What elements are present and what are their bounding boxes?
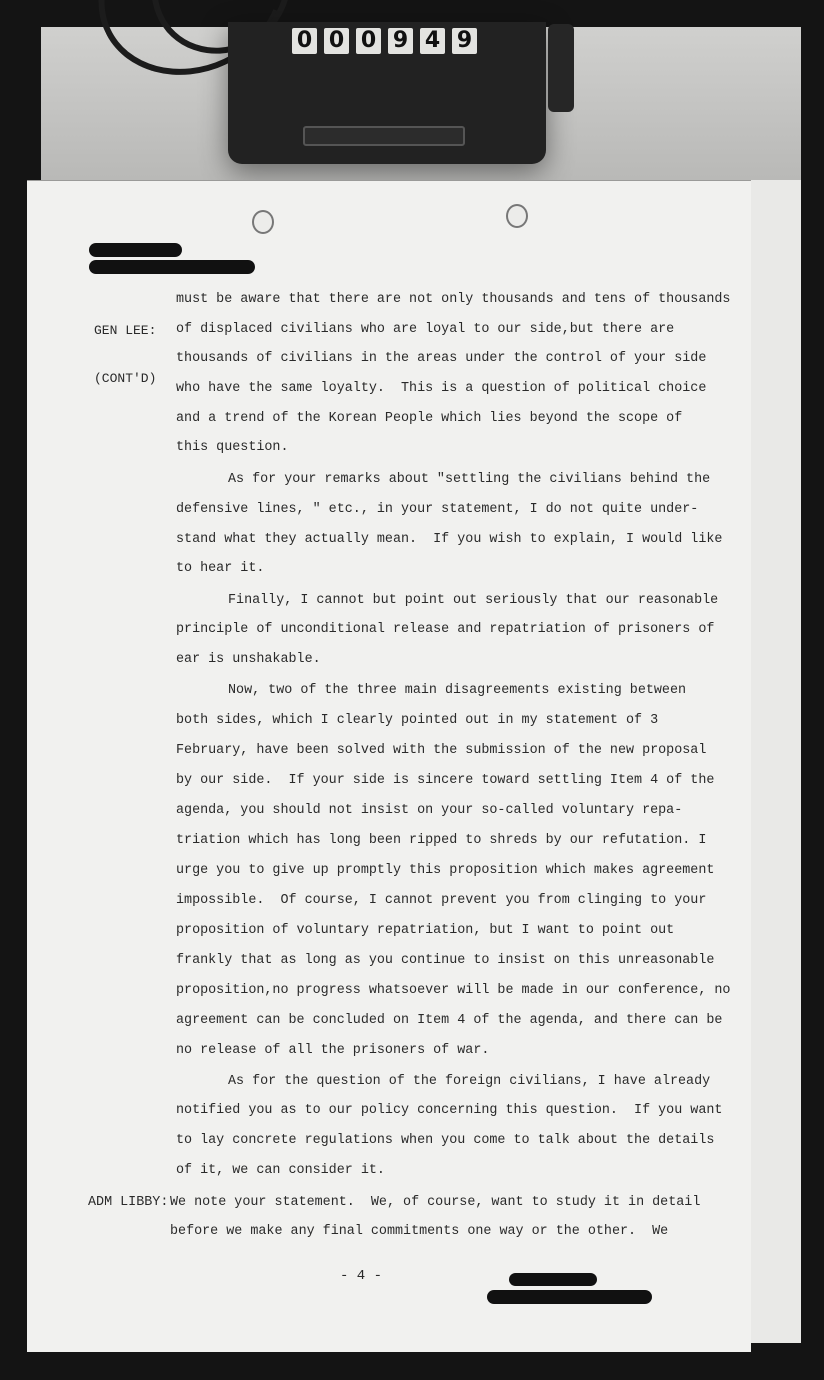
frame-counter-digits: 0 0 0 9 4 9: [292, 28, 477, 54]
text-line: frankly that as long as you continue to …: [176, 951, 714, 971]
text-line: agreement can be concluded on Item 4 of …: [176, 1011, 722, 1031]
microfilm-frame: 0 0 0 9 4 9 GEN LEE: (CONT'D) must be aw…: [0, 0, 824, 1380]
text-line: proposition,no progress whatsoever will …: [176, 981, 730, 1001]
redaction-bar: [89, 243, 182, 257]
text-line: no release of all the prisoners of war.: [176, 1041, 489, 1061]
punch-hole: [506, 204, 528, 228]
counter-digit: 4: [420, 28, 445, 54]
counter-digit: 0: [324, 28, 349, 54]
text-line: before we make any final commitments one…: [170, 1222, 668, 1242]
text-line: triation which has long been ripped to s…: [176, 831, 706, 851]
text-line: who have the same loyalty. This is a que…: [176, 379, 706, 399]
underlying-page-edge: [751, 180, 801, 1343]
speaker-label-gen-lee: GEN LEE: (CONT'D): [94, 291, 156, 419]
text-line: impossible. Of course, I cannot prevent …: [176, 891, 706, 911]
text-line: February, have been solved with the subm…: [176, 741, 706, 761]
transcript-body: must be aware that there are not only th…: [0, 0, 32, 525]
text-line: by our side. If your side is sincere tow…: [176, 771, 714, 791]
counter-label-slot: [303, 126, 465, 146]
redaction-bar: [89, 260, 255, 274]
text-line: As for the question of the foreign civil…: [228, 1072, 710, 1092]
text-line: both sides, which I clearly pointed out …: [176, 711, 658, 731]
text-line: of displaced civilians who are loyal to …: [176, 320, 674, 340]
page-number: - 4 -: [340, 1268, 382, 1284]
text-line: to lay concrete regulations when you com…: [176, 1131, 714, 1151]
text-line: to hear it.: [176, 559, 264, 579]
text-line: proposition of voluntary repatriation, b…: [176, 921, 674, 941]
counter-knob: [548, 24, 574, 112]
text-line: notified you as to our policy concerning…: [176, 1101, 722, 1121]
counter-digit: 0: [292, 28, 317, 54]
text-line: and a trend of the Korean People which l…: [176, 409, 682, 429]
counter-digit: 9: [452, 28, 477, 54]
counter-digit: 9: [388, 28, 413, 54]
text-line: urge you to give up promptly this propos…: [176, 861, 714, 881]
text-line: must be aware that there are not only th…: [176, 290, 730, 310]
text-line: this question.: [176, 438, 289, 458]
text-line: Now, two of the three main disagreements…: [228, 681, 686, 701]
text-line: stand what they actually mean. If you wi…: [176, 530, 722, 550]
speaker-label-adm-libby: ADM LIBBY:: [88, 1193, 168, 1213]
redaction-bar: [487, 1290, 652, 1304]
text-line: As for your remarks about "settling the …: [228, 470, 710, 490]
text-line: thousands of civilians in the areas unde…: [176, 349, 706, 369]
text-line: ear is unshakable.: [176, 650, 321, 670]
text-line: agenda, you should not insist on your so…: [176, 801, 682, 821]
text-line: of it, we can consider it.: [176, 1161, 385, 1181]
text-line: principle of unconditional release and r…: [176, 620, 714, 640]
text-line: defensive lines, " etc., in your stateme…: [176, 500, 698, 520]
text-line: Finally, I cannot but point out seriousl…: [228, 591, 718, 611]
redaction-bar: [509, 1273, 597, 1286]
counter-digit: 0: [356, 28, 381, 54]
punch-hole: [252, 210, 274, 234]
text-line: We note your statement. We, of course, w…: [170, 1193, 700, 1213]
